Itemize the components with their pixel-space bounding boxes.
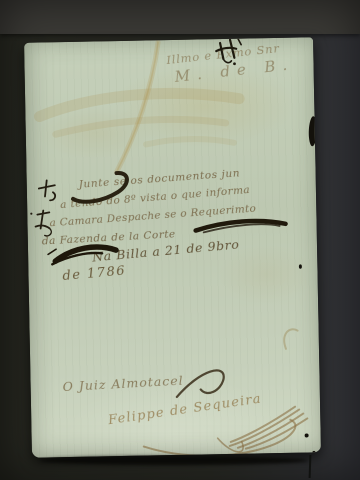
closing-loop-flourish bbox=[176, 370, 224, 397]
stray-fiber bbox=[309, 455, 312, 478]
dateline-leaf-flourish bbox=[48, 247, 116, 265]
ink-blot-right-edge bbox=[296, 116, 321, 454]
mount-top-band bbox=[0, 0, 360, 34]
signature-rubric-flourish bbox=[143, 406, 308, 457]
initial-flourish bbox=[73, 173, 128, 202]
margin-cross-mark-lower bbox=[30, 210, 51, 236]
document-photo: Illmo e Exmo Snr M. de B. Junte se os do… bbox=[0, 0, 360, 480]
manuscript-page: Illmo e Exmo Snr M. de B. Junte se os do… bbox=[24, 37, 321, 457]
ink-strokes-overlay bbox=[24, 37, 321, 457]
line-dash-flourish bbox=[196, 220, 286, 232]
verso-bleedthrough bbox=[38, 40, 298, 354]
archival-ink-mark bbox=[216, 39, 242, 66]
shadow-smear-below-paper bbox=[40, 456, 308, 465]
margin-cross-mark-upper bbox=[39, 180, 56, 200]
